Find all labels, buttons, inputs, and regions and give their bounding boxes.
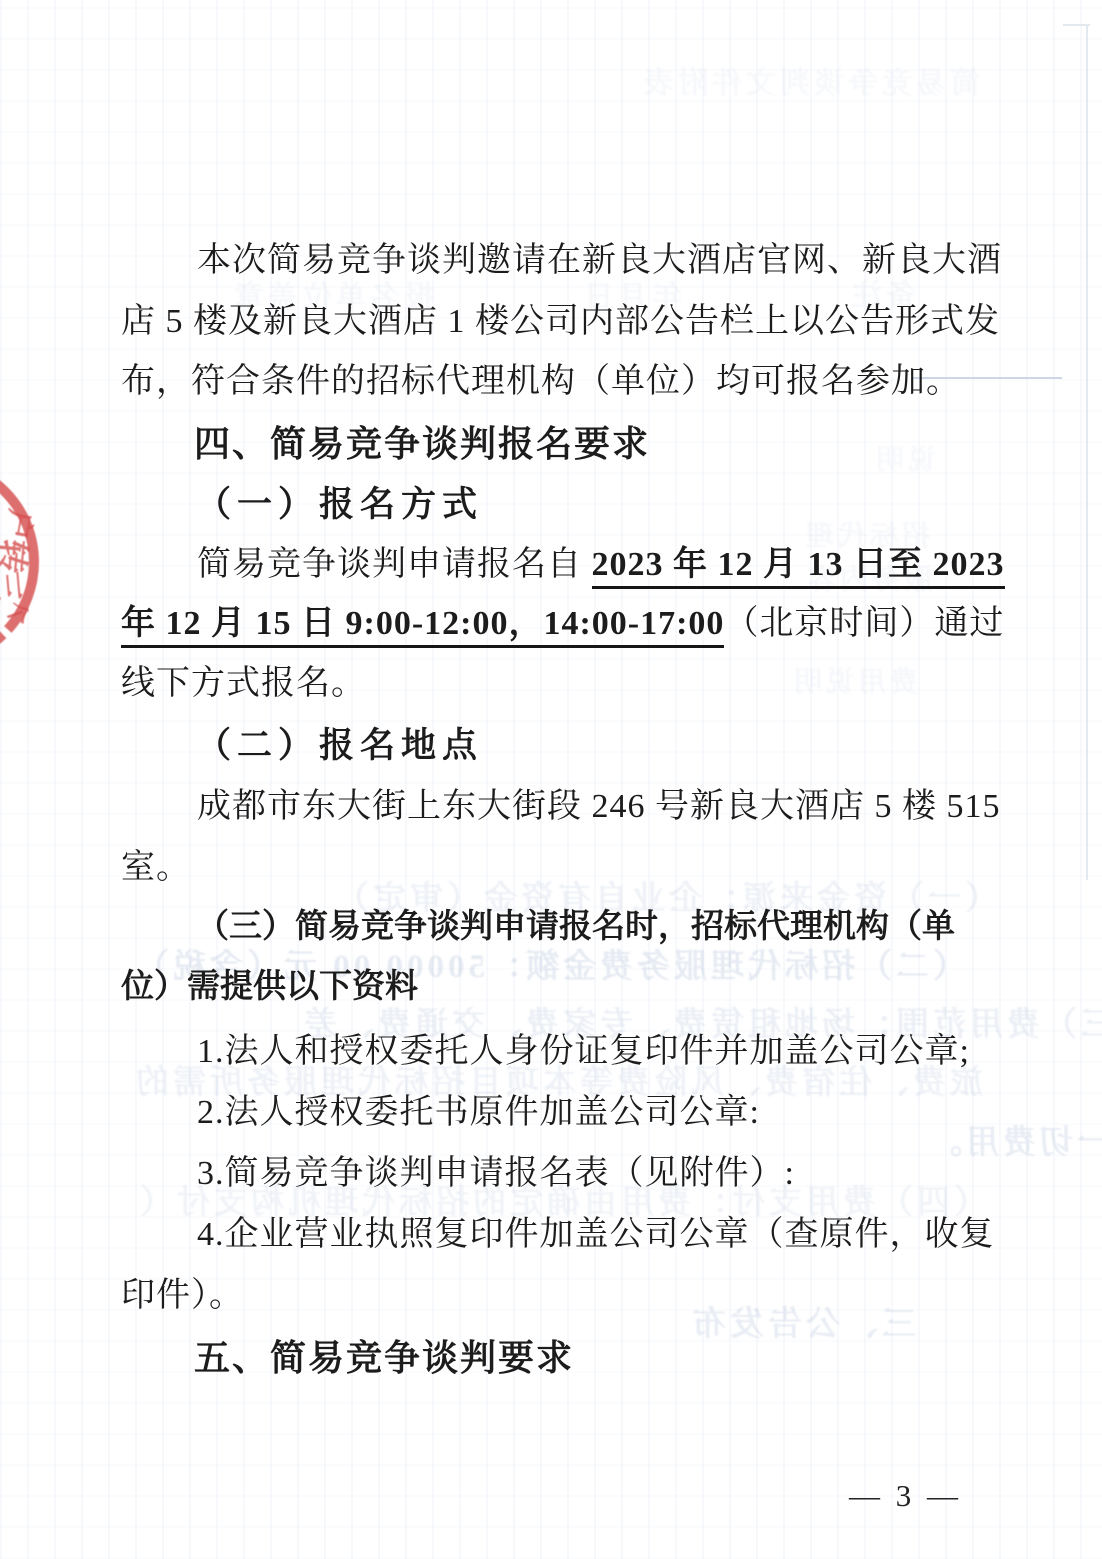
- red-seal-stamp: 户转三个: [0, 428, 118, 738]
- seal-arc: [0, 462, 34, 662]
- seal-character: 转: [0, 537, 32, 574]
- text-line: （二）报名地点: [196, 725, 483, 766]
- text-line: 室。: [121, 848, 191, 888]
- text-segment: 简易竞争谈判申请报名自: [197, 546, 592, 583]
- seal-character: 三: [0, 568, 26, 603]
- text-line: 2.法人授权委托书原件加盖公司公章:: [197, 1093, 760, 1133]
- scan-artifact-vertical-line: [1086, 25, 1088, 880]
- text-line: 线下方式报名。: [121, 664, 366, 704]
- seal-character: 个: [0, 598, 33, 630]
- text-line: （一）报名方式: [196, 484, 483, 525]
- scan-texture: [0, 0, 1102, 1559]
- text-line: 布，符合条件的招标代理机构（单位）均可报名参加。: [121, 362, 961, 402]
- bleedthrough-text: 简易竞争谈判文件附表: [640, 58, 980, 102]
- text-line: 成都市东大街上东大街段 246 号新良大酒店 5 楼 515: [197, 787, 1001, 827]
- text-line: 1.法人和授权委托人身份证复印件并加盖公司公章;: [197, 1032, 970, 1072]
- seal-character: 户: [0, 506, 37, 541]
- page-number: — 3 —: [849, 1478, 962, 1514]
- text-line: 五、简易竞争谈判要求: [194, 1337, 574, 1379]
- bleedthrough-text: 说明: [872, 438, 936, 478]
- text-segment: （北京时间）通过: [724, 605, 1004, 642]
- text-line: 3.简易竞争谈判申请报名表（见附件）:: [197, 1154, 795, 1194]
- bleedthrough-text: 一切费用。: [925, 1116, 1102, 1163]
- text-line: 本次简易竞争谈判邀请在新良大酒店官网、新良大酒: [197, 241, 1002, 281]
- bleedthrough-text: 三、公告发布: [688, 1296, 916, 1345]
- document-page: 简易竞争谈判文件附表报名单位盖章年月日备注说明招标代理服务内容费用说明（一）资金…: [0, 0, 1102, 1559]
- scan-artifact-top-line: [1063, 24, 1090, 26]
- text-line: 年 12 月 15 日 9:00-12:00，14:00-17:00（北京时间）…: [121, 604, 1004, 644]
- text-line: 四、简易竞争谈判报名要求: [194, 423, 650, 465]
- bleedthrough-text: 费用说明: [790, 660, 918, 700]
- text-line: 印件）。: [121, 1276, 244, 1316]
- bold-underline-segment: 年 12 月 15 日 9:00-12:00，14:00-17:00: [121, 605, 724, 648]
- text-line: 4.企业营业执照复印件加盖公司公章（查原件，收复: [197, 1215, 995, 1255]
- text-line: （三）简易竞争谈判申请报名时，招标代理机构（单: [196, 908, 955, 947]
- text-line: 位）需提供以下资料: [121, 968, 418, 1007]
- text-line: 简易竞争谈判申请报名自 2023 年 12 月 13 日至 2023: [197, 545, 1005, 585]
- text-line: 店 5 楼及新良大酒店 1 楼公司内部公告栏上以公告形式发: [121, 302, 1000, 342]
- bold-underline-segment: 2023 年 12 月 13 日至 2023: [592, 546, 1005, 589]
